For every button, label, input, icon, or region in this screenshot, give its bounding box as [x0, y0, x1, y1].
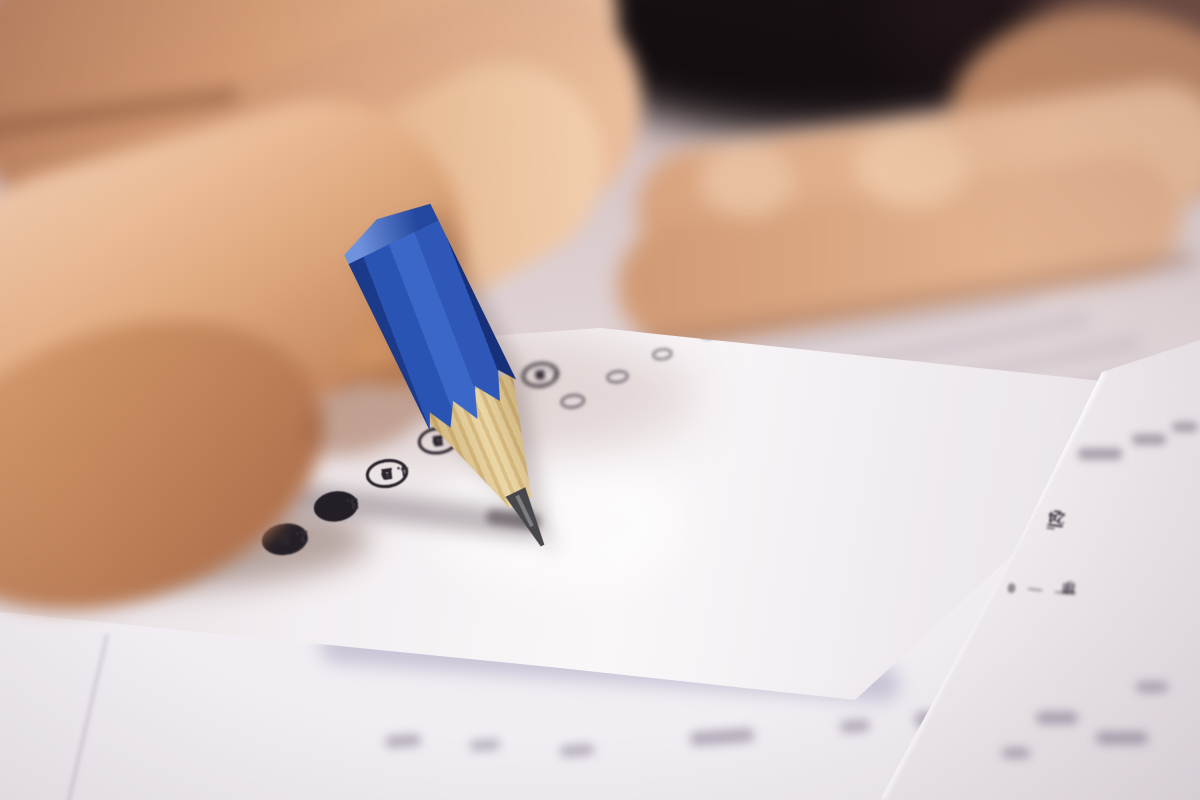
writing-hand: [0, 0, 1200, 800]
photo-exam-answer-sheet: EDCBA2.EDCBA3.EDCBA4.EDCBA5.EDCBA6.EDCBA…: [0, 0, 1200, 800]
